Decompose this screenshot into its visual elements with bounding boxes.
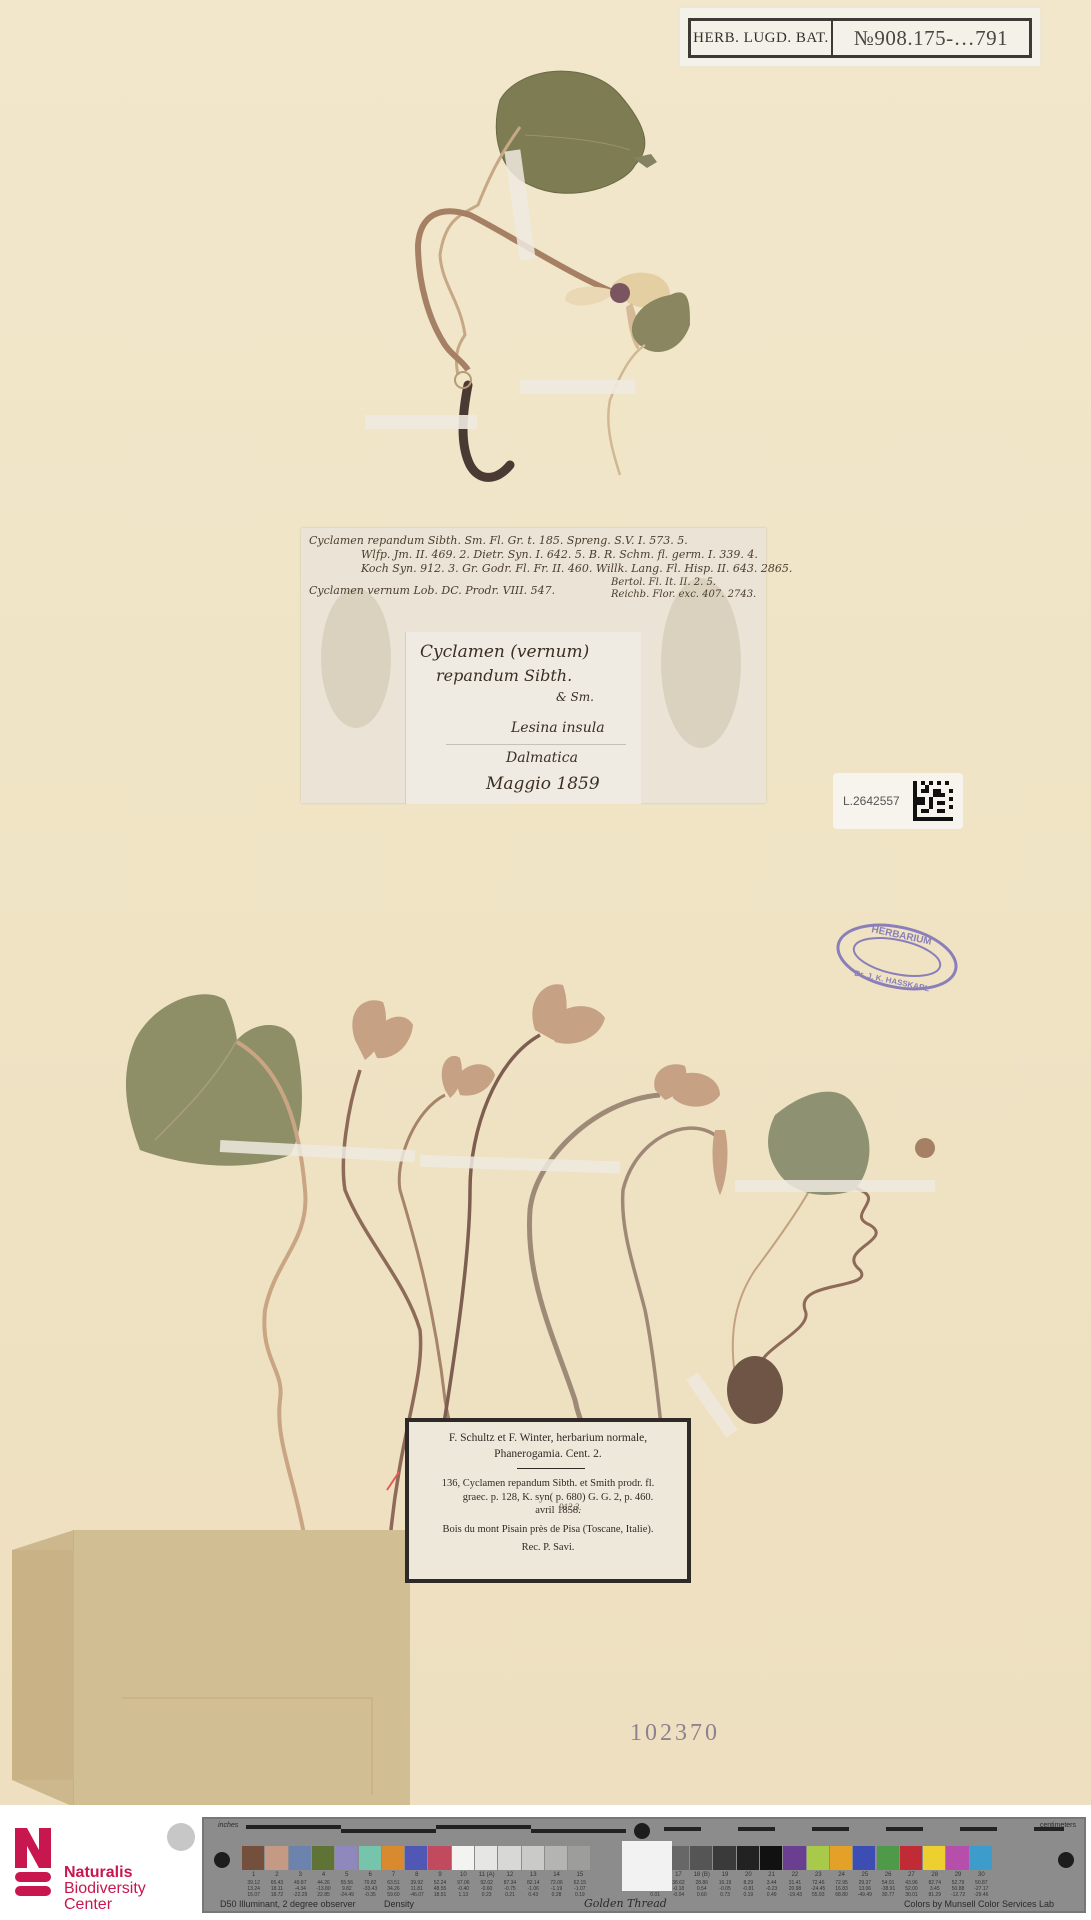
barcode-label: L.2642557 [833, 773, 963, 829]
patch-lab-values: 72.9516.8368.80 [830, 1880, 853, 1898]
illuminant-text: D50 Illuminant, 2 degree observer [220, 1899, 356, 1909]
density-label: Density [384, 1899, 414, 1909]
annotation-line: Koch Syn. 912. 3. Gr. Godr. Fl. Fr. II. … [361, 562, 792, 576]
chart-hole [634, 1823, 650, 1839]
patch-lab-values: 29.3713.06-49.49 [853, 1880, 876, 1898]
catalog-number: L.2642557 [843, 794, 900, 808]
chart-hole [214, 1852, 230, 1868]
color-patch-28 [923, 1846, 945, 1870]
naturalis-logo: Naturalis Biodiversity Center [12, 1825, 142, 1905]
label-collector: Rec. P. Savi. [409, 1542, 687, 1553]
det-line: Cyclamen (vernum) [420, 642, 589, 662]
patch-number: 14 [545, 1872, 568, 1878]
patch-number: 21 [760, 1872, 783, 1878]
color-patch-26 [877, 1846, 899, 1870]
inch-ruler [436, 1825, 531, 1829]
patch-number: 26 [877, 1872, 900, 1878]
label-handwritten-annotation: 912.3. [559, 1502, 687, 1512]
patch-lab-values: 8.29-0.810.19 [737, 1880, 760, 1898]
patch-number: 29 [946, 1872, 969, 1878]
upper-specimen-plant [350, 55, 690, 525]
patch-lab-values: 52.7950.88-12.72 [946, 1880, 969, 1898]
color-patch-18B [690, 1846, 712, 1870]
annotation-line: Wlfp. Jm. II. 469. 2. Dietr. Syn. I. 642… [361, 548, 758, 562]
color-patch-8 [405, 1846, 427, 1870]
patch-lab-values: 87.34-0.750.21 [498, 1880, 521, 1898]
patch-number: 30 [970, 1872, 993, 1878]
printed-collection-label: F. Schultz et F. Winter, herbarium norma… [405, 1418, 691, 1583]
seed-envelope [12, 1530, 410, 1807]
patch-lab-values: 63.5134.2659.60 [382, 1880, 405, 1898]
datamatrix-code-icon [913, 781, 953, 821]
inch-ruler [531, 1829, 626, 1833]
color-patch-30 [970, 1846, 992, 1870]
det-line: Lesina insula [511, 720, 605, 736]
patch-number: 12 [498, 1872, 521, 1878]
patch-lab-values: 28.860.540.60 [690, 1880, 713, 1898]
patch-lab-values: 82.743.4581.29 [923, 1880, 946, 1898]
det-line: Dalmatica [506, 750, 578, 766]
patch-number: 10 [452, 1872, 475, 1878]
patch-lab-values: 16.19-0.050.73 [713, 1880, 736, 1898]
inch-ruler [341, 1829, 436, 1833]
color-patch-6 [359, 1846, 381, 1870]
patch-lab-values: 52.2448.5518.51 [428, 1880, 451, 1898]
annotation-line: Cyclamen repandum Sibth. Sm. Fl. Gr. t. … [309, 534, 688, 548]
patch-number: 3 [289, 1872, 312, 1878]
color-patch-4 [312, 1846, 334, 1870]
patch-lab-values: 70.82-33.43-0.35 [359, 1880, 382, 1898]
patch-number: 19 [713, 1872, 736, 1878]
naturalis-n-icon [12, 1825, 52, 1900]
color-patch-15 [568, 1846, 590, 1870]
footer-bar: Naturalis Biodiversity Center inches cen… [0, 1805, 1091, 1920]
logo-line-naturalis: Naturalis [64, 1865, 132, 1881]
munsell-credit: Colors by Munsell Color Services Lab [904, 1899, 1054, 1909]
logo-line-biodiversity: Biodiversity [64, 1881, 146, 1897]
patch-lab-values: 31.4120.98-19.43 [783, 1880, 806, 1898]
patch-number: 28 [923, 1872, 946, 1878]
patch-lab-values: 82.14-1.060.43 [522, 1880, 545, 1898]
resolution-target [622, 1841, 672, 1891]
color-patch-25 [853, 1846, 875, 1870]
patch-lab-values: 97.06-0.401.13 [452, 1880, 475, 1898]
color-patch-11A [475, 1846, 497, 1870]
patch-number: 25 [853, 1872, 876, 1878]
color-patch-23 [807, 1846, 829, 1870]
color-patch-5 [335, 1846, 357, 1870]
patch-number: 13 [522, 1872, 545, 1878]
centimeter-ruler [664, 1827, 1064, 1831]
determination-slip: Cyclamen (vernum) repandum Sibth. & Sm. … [405, 632, 641, 804]
herbarium-sheet: HERB. LUGD. BAT. №908.175-…791 Cyclamen … [0, 0, 1091, 1805]
institution-code: HERB. LUGD. BAT. [691, 21, 833, 55]
inches-label: inches [218, 1822, 238, 1829]
patch-number: 4 [312, 1872, 335, 1878]
color-patch-10 [452, 1846, 474, 1870]
color-patch-9 [428, 1846, 450, 1870]
patch-number: 24 [830, 1872, 853, 1878]
patch-lab-values: 43.9652.0030.01 [900, 1880, 923, 1898]
patch-lab-values: 92.02-0.600.23 [475, 1880, 498, 1898]
golden-thread-brand: Golden Thread [584, 1897, 667, 1910]
color-patch-24 [830, 1846, 852, 1870]
label-taxon-line1: 136, Cyclamen repandum Sibth. et Smith p… [409, 1478, 687, 1489]
patch-lab-values: 3.44-0.230.49 [760, 1880, 783, 1898]
patch-lab-values: 39.9211.81-46.07 [405, 1880, 428, 1898]
patch-number: 7 [382, 1872, 405, 1878]
accession-number: 102370 [630, 1720, 720, 1747]
color-patch-1 [242, 1846, 264, 1870]
patch-number: 18 (B) [690, 1872, 713, 1878]
inch-ruler [246, 1825, 341, 1829]
logo-line-center: Center [64, 1897, 112, 1913]
patch-lab-values: 44.26-13.8022.85 [312, 1880, 335, 1898]
color-patch-3 [289, 1846, 311, 1870]
color-patch-7 [382, 1846, 404, 1870]
patch-lab-values: 55.569.82-24.49 [335, 1880, 358, 1898]
patch-lab-values: 39.1213.2415.07 [242, 1880, 265, 1898]
patch-lab-values: 62.15-1.070.19 [568, 1880, 591, 1898]
color-patch-13 [522, 1846, 544, 1870]
color-patch-2 [265, 1846, 287, 1870]
patch-number: 11 (A) [475, 1872, 498, 1878]
herbarium-number-label: HERB. LUGD. BAT. №908.175-…791 [680, 8, 1040, 66]
color-patch-22 [783, 1846, 805, 1870]
patch-lab-values: 49.87-4.34-22.29 [289, 1880, 312, 1898]
det-line: repandum Sibth. [436, 666, 572, 685]
patch-number: 22 [783, 1872, 806, 1878]
sheet-number: №908.175-…791 [833, 21, 1029, 55]
det-line: Maggio 1859 [486, 774, 600, 794]
annotation-line: Cyclamen vernum Lob. DC. Prodr. VIII. 54… [309, 584, 555, 598]
det-line: & Sm. [556, 690, 594, 704]
chart-hole [1058, 1852, 1074, 1868]
color-patch-12 [498, 1846, 520, 1870]
patch-number: 8 [405, 1872, 428, 1878]
label-series-line2: Phanerogamia. Cent. 2. [409, 1448, 687, 1460]
color-patch-19 [713, 1846, 735, 1870]
patch-number: 15 [568, 1872, 591, 1878]
patch-number: 23 [807, 1872, 830, 1878]
patch-number: 20 [737, 1872, 760, 1878]
color-calibration-chart: inches centimeters 139.1213.2415.07265.4… [202, 1817, 1086, 1913]
color-patch-27 [900, 1846, 922, 1870]
patch-lab-values: 65.4318.1118.72 [265, 1880, 288, 1898]
patch-number: 2 [265, 1872, 288, 1878]
label-series-line1: F. Schultz et F. Winter, herbarium norma… [409, 1432, 687, 1444]
color-patch-20 [737, 1846, 759, 1870]
patch-lab-values: 72.46-24.4555.93 [807, 1880, 830, 1898]
label-locality: Bois du mont Pisain près de Pisa (Toscan… [409, 1524, 687, 1535]
annotation-line: Reichb. Flor. exc. 407. 2743. [611, 588, 756, 602]
patch-lab-values: 50.87-27.17-29.46 [970, 1880, 993, 1898]
patch-number: 5 [335, 1872, 358, 1878]
color-patch-21 [760, 1846, 782, 1870]
patch-number: 6 [359, 1872, 382, 1878]
patch-number: 27 [900, 1872, 923, 1878]
color-patch-29 [946, 1846, 968, 1870]
patch-lab-values: 54.91-38.9130.77 [877, 1880, 900, 1898]
patch-number: 9 [428, 1872, 451, 1878]
color-patch-14 [545, 1846, 567, 1870]
grey-circle-marker [167, 1823, 195, 1851]
patch-number: 1 [242, 1872, 265, 1878]
patch-lab-values: 72.06-1.190.28 [545, 1880, 568, 1898]
